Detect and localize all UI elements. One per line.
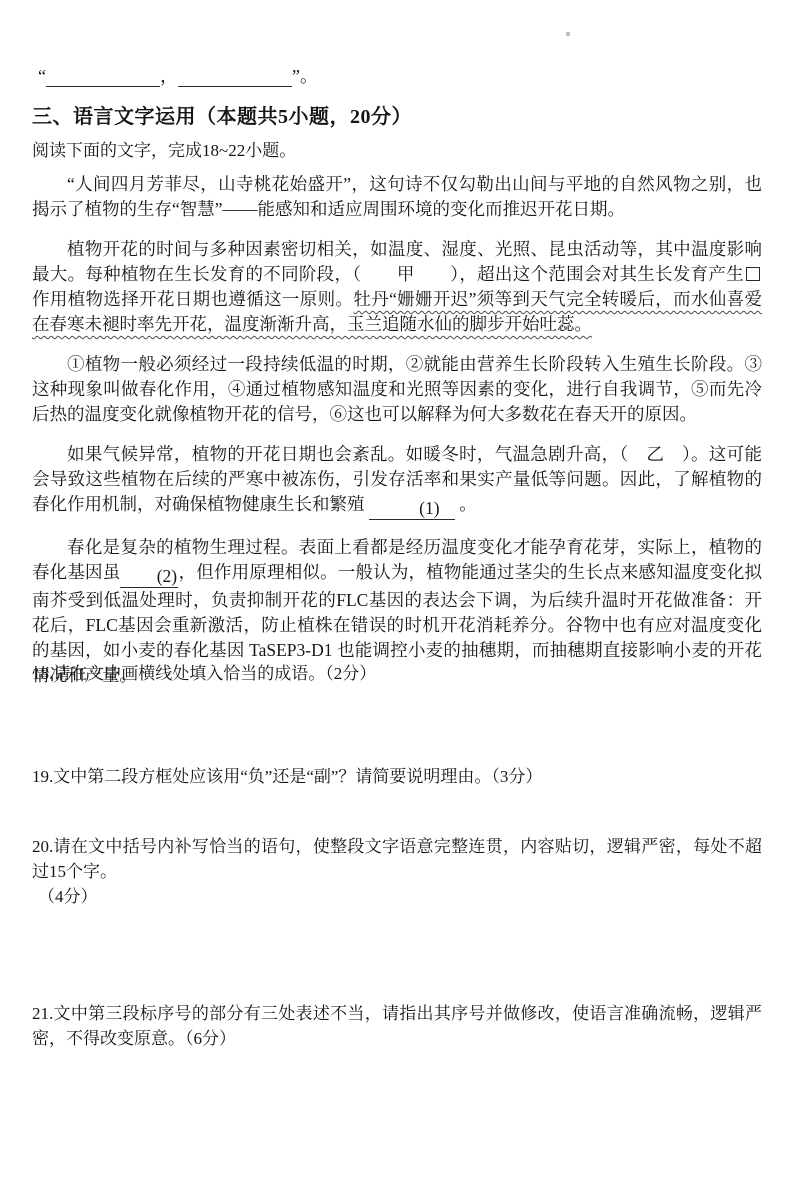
reading-passage: “人间四月芳菲尽，山寺桃花始盛开”，这句诗不仅勾勒出山间与平地的自然风物之别，也… bbox=[32, 172, 762, 703]
passage-paragraph-4: 如果气候异常，植物的开花日期也会紊乱。如暖冬时，气温急剧升高，（ 乙 ）。这可能… bbox=[32, 442, 762, 520]
numbered-blank-2: (2) bbox=[120, 566, 178, 588]
passage-paragraph-1: “人间四月芳菲尽，山寺桃花始盛开”，这句诗不仅勾勒出山间与平地的自然风物之别，也… bbox=[32, 172, 762, 222]
question-19: 19.文中第二段方框处应该用“负”还是“副”？请简要说明理由。（3分） bbox=[32, 764, 762, 789]
paragraph-2-text-after-box: 作用植物选择开花日期也遵循这一原则。 bbox=[32, 289, 353, 309]
question-20-score: （4分） bbox=[32, 884, 762, 909]
comma-mark: ， bbox=[160, 66, 178, 86]
exam-document-page: “，”。 三、语言文字运用（本题共5小题，20分） 阅读下面的文字，完成18~2… bbox=[0, 0, 800, 1181]
passage-paragraph-2: 植物开花的时间与多种因素密切相关，如温度、湿度、光照、昆虫活动等，其中温度影响最… bbox=[32, 237, 762, 337]
fill-in-quote-line: “，”。 bbox=[38, 62, 318, 90]
numbered-blank-1: (1) bbox=[369, 498, 455, 520]
question-21: 21.文中第三段标序号的部分有三处表述不当，请指出其序号并做修改，使语言准确流畅… bbox=[32, 1001, 762, 1051]
question-20-text: 20.请在文中括号内补写恰当的语句，使整段文字语意完整连贯，内容贴切，逻辑严密，… bbox=[32, 837, 762, 881]
scan-artifact-dot bbox=[566, 32, 570, 36]
answer-blank-line-1 bbox=[46, 69, 160, 87]
close-quote-mark: ” bbox=[292, 66, 300, 86]
period-mark: 。 bbox=[300, 66, 318, 86]
question-20: 20.请在文中括号内补写恰当的语句，使整段文字语意完整连贯，内容贴切，逻辑严密，… bbox=[32, 834, 762, 909]
paragraph-4-period: 。 bbox=[459, 494, 477, 514]
passage-paragraph-3: ①植物一般必须经过一段持续低温的时期，②就能由营养生长阶段转入生殖生长阶段。③这… bbox=[32, 352, 762, 427]
open-quote-mark: “ bbox=[38, 66, 46, 86]
paragraph-2-text-before-box: 植物开花的时间与多种因素密切相关，如温度、湿度、光照、昆虫活动等，其中温度影响最… bbox=[32, 239, 762, 284]
reading-instruction: 阅读下面的文字，完成18~22小题。 bbox=[32, 138, 296, 163]
empty-square-box bbox=[746, 267, 760, 281]
answer-blank-line-2 bbox=[178, 69, 292, 87]
question-18: 18.请在文中画横线处填入恰当的成语。（2分） bbox=[32, 661, 762, 686]
section-heading: 三、语言文字运用（本题共5小题，20分） bbox=[32, 100, 412, 129]
